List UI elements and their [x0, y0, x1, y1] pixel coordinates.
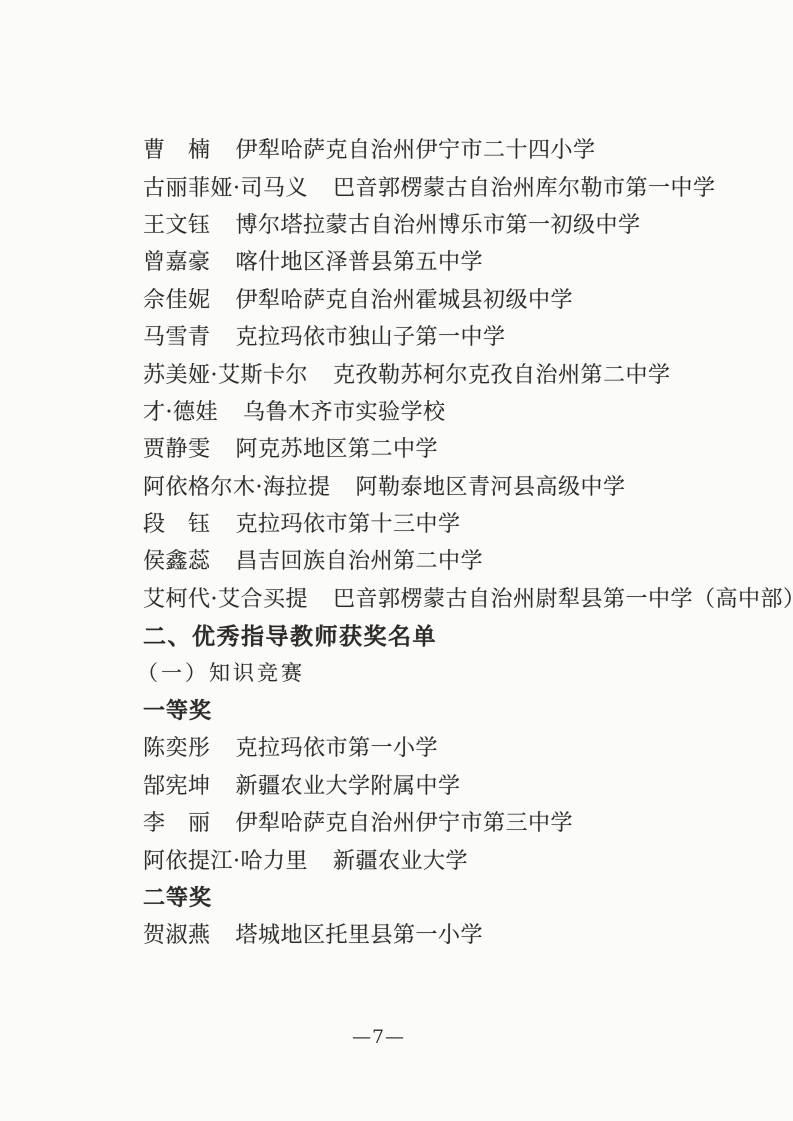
student-awardee-line: 古丽菲娅·司马义巴音郭楞蒙古自治州库尔勒市第一中学	[143, 167, 773, 204]
awardee-school: 克拉玛依市第一小学	[236, 731, 439, 762]
awardee-school: 喀什地区泽普县第五中学	[236, 245, 484, 276]
document-page: 曹 楠伊犁哈萨克自治州伊宁市二十四小学古丽菲娅·司马义巴音郭楞蒙古自治州库尔勒市…	[0, 0, 793, 1121]
first-prize-teacher-line: 郜宪坤新疆农业大学附属中学	[143, 766, 773, 803]
awardee-name: 才·德娃	[143, 395, 218, 426]
awardee-name: 苏美娅·艾斯卡尔	[143, 358, 308, 389]
student-awardee-line: 王文钰博尔塔拉蒙古自治州博乐市第一初级中学	[143, 205, 773, 242]
awardee-school: 新疆农业大学附属中学	[236, 769, 461, 800]
awardee-name: 曾嘉豪	[143, 245, 211, 276]
teacher-subsection-heading: （一）知识竞赛	[137, 653, 773, 690]
awardee-school: 伊犁哈萨克自治州伊宁市第三中学	[236, 806, 574, 837]
awardee-school: 昌吉回族自治州第二中学	[236, 544, 484, 575]
first-prize-teacher-line: 阿依提江·哈力里新疆农业大学	[143, 840, 773, 877]
second-prize-teacher-line: 贺淑燕塔城地区托里县第一小学	[143, 915, 773, 952]
student-awardee-line: 艾柯代·艾合买提巴音郭楞蒙古自治州尉犁县第一中学（高中部）	[143, 579, 773, 616]
awardee-name: 佘佳妮	[143, 283, 211, 314]
student-awardee-line: 苏美娅·艾斯卡尔克孜勒苏柯尔克孜自治州第二中学	[143, 354, 773, 391]
awardee-school: 博尔塔拉蒙古自治州博乐市第一初级中学	[236, 208, 641, 239]
first-prize-label: 一等奖	[143, 691, 773, 728]
awardee-school: 克拉玛依市独山子第一中学	[236, 320, 506, 351]
student-awardee-line: 侯鑫蕊昌吉回族自治州第二中学	[143, 541, 773, 578]
first-prize-teacher-list: 陈奕彤克拉玛依市第一小学郜宪坤新疆农业大学附属中学李 丽伊犁哈萨克自治州伊宁市第…	[143, 728, 773, 878]
student-awardee-line: 阿依格尔木·海拉提阿勒泰地区青河县高级中学	[143, 467, 773, 504]
student-awardee-line: 佘佳妮伊犁哈萨克自治州霍城县初级中学	[143, 280, 773, 317]
awardee-name: 阿依提江·哈力里	[143, 844, 308, 875]
student-awardee-line: 马雪青克拉玛依市独山子第一中学	[143, 317, 773, 354]
awardee-school: 新疆农业大学	[333, 844, 468, 875]
awardee-school: 克孜勒苏柯尔克孜自治州第二中学	[333, 358, 671, 389]
awardee-school: 伊犁哈萨克自治州霍城县初级中学	[236, 283, 574, 314]
awardee-name: 马雪青	[143, 320, 211, 351]
first-prize-teacher-line: 李 丽伊犁哈萨克自治州伊宁市第三中学	[143, 803, 773, 840]
student-awardee-line: 段 钰克拉玛依市第十三中学	[143, 504, 773, 541]
document-content: 曹 楠伊犁哈萨克自治州伊宁市二十四小学古丽菲娅·司马义巴音郭楞蒙古自治州库尔勒市…	[143, 130, 773, 953]
awardee-name: 阿依格尔木·海拉提	[143, 470, 331, 501]
awardee-name: 古丽菲娅·司马义	[143, 171, 308, 202]
awardee-school: 阿勒泰地区青河县高级中学	[356, 470, 626, 501]
page-number: —7—	[0, 1026, 757, 1048]
awardee-school: 克拉玛依市第十三中学	[236, 507, 461, 538]
teacher-section-heading: 二、优秀指导教师获奖名单	[143, 616, 773, 653]
awardee-name: 陈奕彤	[143, 731, 211, 762]
awardee-school: 巴音郭楞蒙古自治州库尔勒市第一中学	[333, 171, 716, 202]
awardee-school: 乌鲁木齐市实验学校	[243, 395, 446, 426]
student-awardee-line: 曾嘉豪喀什地区泽普县第五中学	[143, 242, 773, 279]
awardee-name: 郜宪坤	[143, 769, 211, 800]
awardee-name: 李 丽	[143, 806, 211, 837]
first-prize-teacher-line: 陈奕彤克拉玛依市第一小学	[143, 728, 773, 765]
second-prize-teacher-list: 贺淑燕塔城地区托里县第一小学	[143, 915, 773, 952]
awardee-name: 艾柯代·艾合买提	[143, 582, 308, 613]
awardee-name: 贺淑燕	[143, 918, 211, 949]
awardee-school: 伊犁哈萨克自治州伊宁市二十四小学	[236, 133, 596, 164]
awardee-name: 侯鑫蕊	[143, 544, 211, 575]
student-awardee-line: 才·德娃乌鲁木齐市实验学校	[143, 392, 773, 429]
awardee-school: 巴音郭楞蒙古自治州尉犁县第一中学（高中部）	[333, 582, 793, 613]
awardee-school: 塔城地区托里县第一小学	[236, 918, 484, 949]
awardee-name: 贾静雯	[143, 432, 211, 463]
awardee-name: 曹 楠	[143, 133, 211, 164]
student-awardee-line: 贾静雯阿克苏地区第二中学	[143, 429, 773, 466]
awardee-school: 阿克苏地区第二中学	[236, 432, 439, 463]
student-awardee-list: 曹 楠伊犁哈萨克自治州伊宁市二十四小学古丽菲娅·司马义巴音郭楞蒙古自治州库尔勒市…	[143, 130, 773, 616]
second-prize-label: 二等奖	[143, 878, 773, 915]
student-awardee-line: 曹 楠伊犁哈萨克自治州伊宁市二十四小学	[143, 130, 773, 167]
awardee-name: 王文钰	[143, 208, 211, 239]
awardee-name: 段 钰	[143, 507, 211, 538]
